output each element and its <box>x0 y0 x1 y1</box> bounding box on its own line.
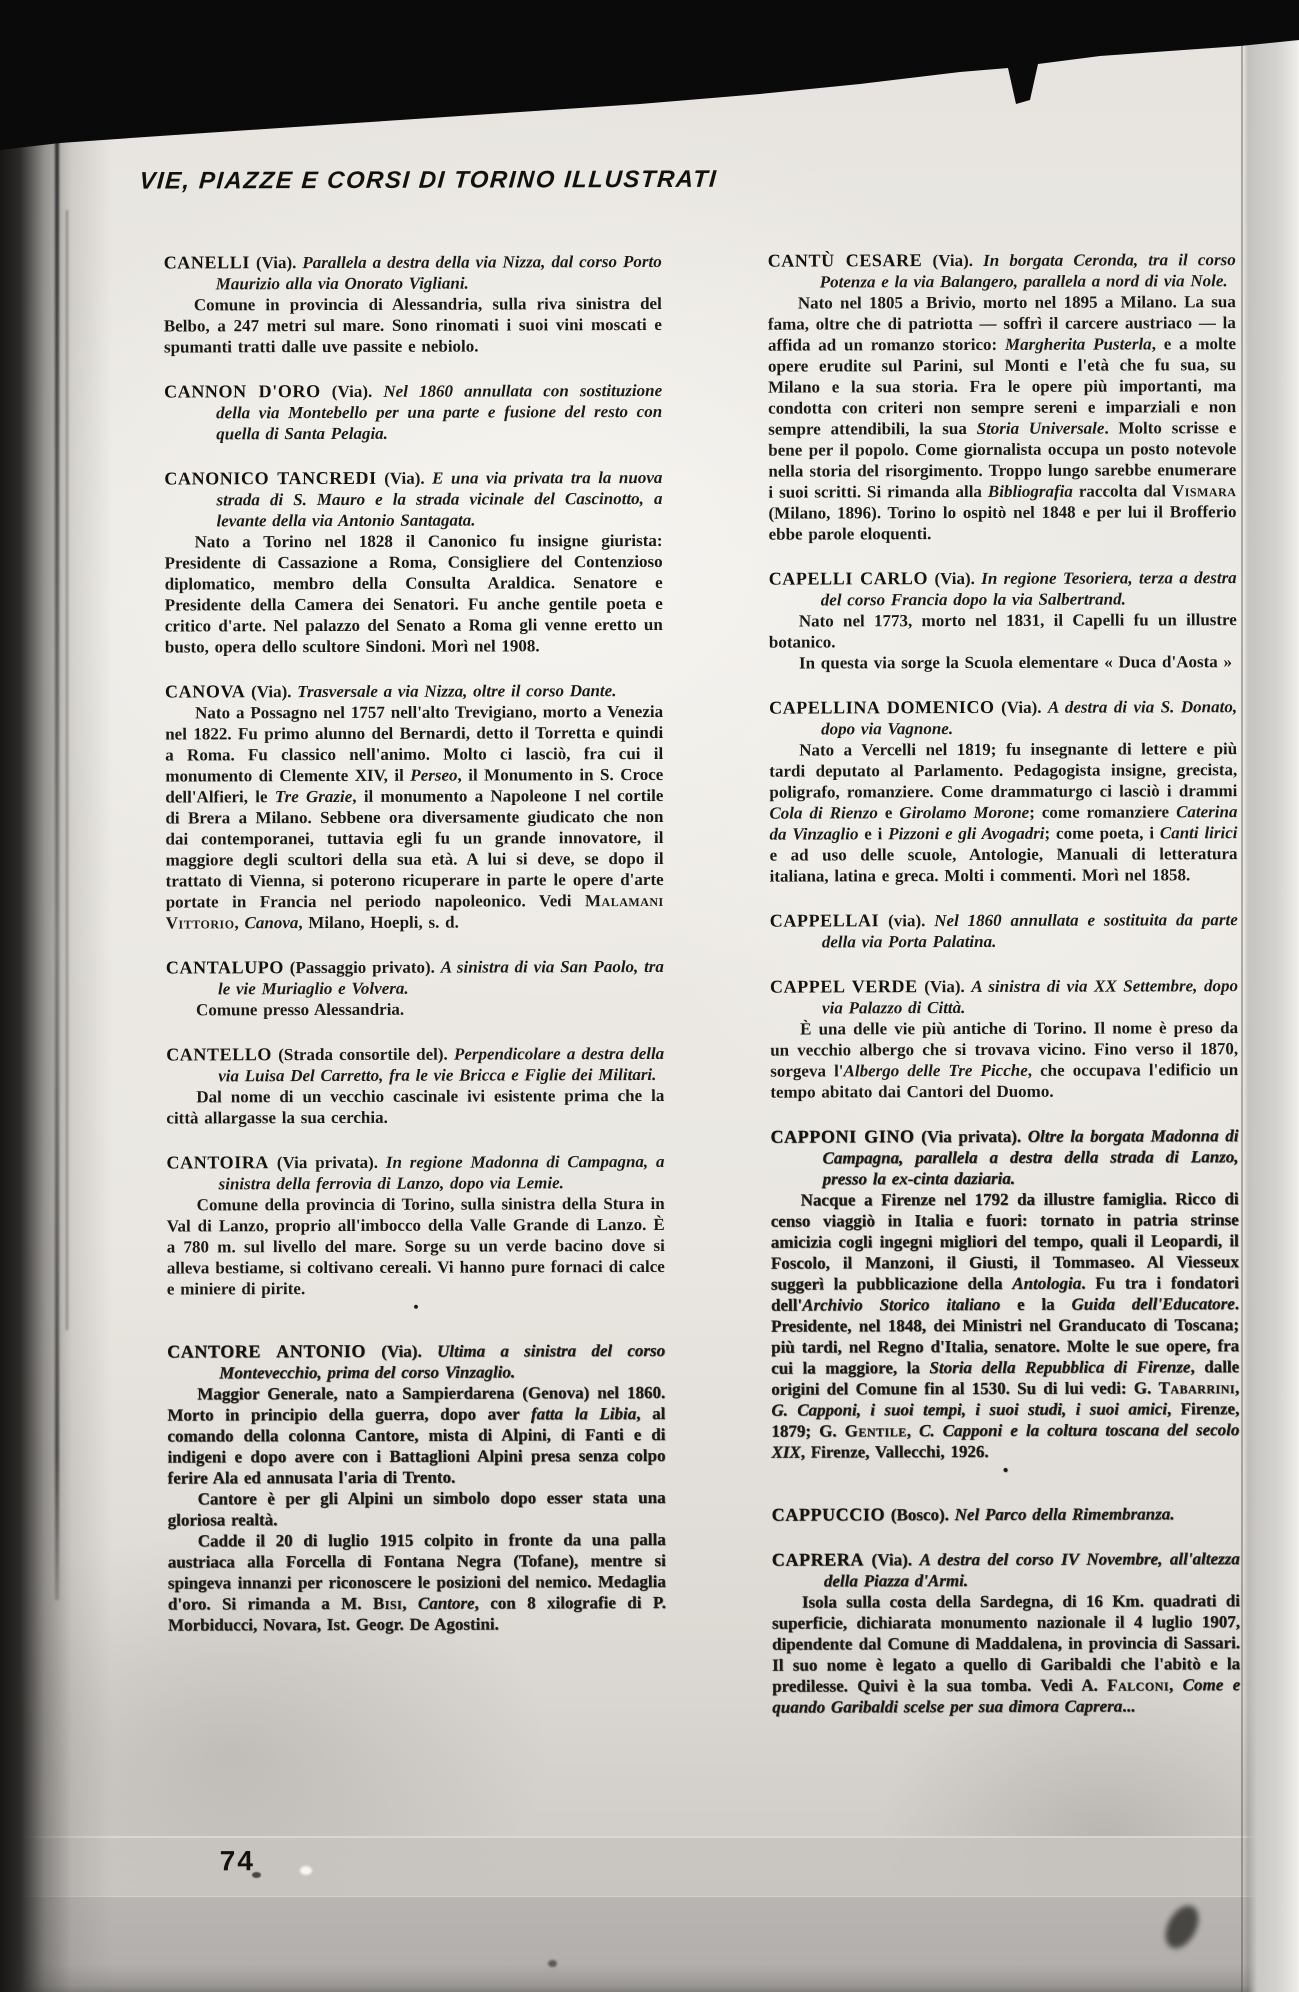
entry-heading: CAPPEL VERDE (Via). A sinistra di via XX… <box>770 975 1238 1018</box>
entry-paragraph: È una delle vie più antiche di Torino. I… <box>770 1017 1238 1102</box>
entry-paragraph: Dal nome di un vecchio cascinale ivi esi… <box>166 1085 664 1129</box>
column-left: CANELLI (Via). Parallela a destra della … <box>164 251 666 1660</box>
entry-paragraph: Comune in provincia di Alessandria, sull… <box>164 293 662 358</box>
entry-heading: CANTALUPO (Passaggio privato). A sinistr… <box>166 956 664 1000</box>
street-kind: (Via). <box>366 1342 437 1361</box>
entry-paragraph: In questa via sorge la Scuola elementare… <box>769 651 1237 673</box>
street-entry-cantore-antonio: CANTORE ANTONIO (Via). Ultima a sinistra… <box>167 1340 666 1636</box>
entry-paragraph: Nato a Torino nel 1828 il Canonico fu in… <box>165 530 663 658</box>
street-name: CAPRERA <box>772 1549 864 1569</box>
page-header: VIE, PIAZZE E CORSI DI TORINO ILLUSTRATI <box>139 166 719 196</box>
entry-paragraph: Nato nel 1805 a Brivio, morto nel 1895 a… <box>768 291 1237 544</box>
street-kind: (via). <box>879 911 934 930</box>
street-entry-cappuccio: CAPPUCCIO (Bosco). Nel Parco della Rimem… <box>772 1503 1240 1525</box>
entry-heading: CAPPUCCIO (Bosco). Nel Parco della Rimem… <box>772 1503 1240 1525</box>
street-entry-canelli: CANELLI (Via). Parallela a destra della … <box>164 251 662 358</box>
street-entry-cappel-verde: CAPPEL VERDE (Via). A sinistra di via XX… <box>770 975 1238 1102</box>
street-kind: (Via). <box>864 1550 920 1569</box>
street-kind: (Via privata). <box>269 1153 386 1172</box>
street-kind: (Via). <box>245 682 297 701</box>
street-entry-cant-cesare: CANTÙ CESARE (Via). In borgata Ceronda, … <box>768 249 1237 544</box>
street-name: CANNON D'ORO <box>164 381 321 401</box>
entry-paragraph: Comune presso Alessandria. <box>166 998 664 1021</box>
street-kind: (Via). <box>922 251 983 270</box>
street-entry-cannon-d-oro: CANNON D'ORO (Via). Nel 1860 annullata c… <box>164 380 662 445</box>
entry-paragraph: Nato nel 1773, morto nel 1831, il Capell… <box>769 609 1237 652</box>
street-name: CANTORE ANTONIO <box>167 1341 366 1362</box>
street-entry-capellina-domenico: CAPELLINA DOMENICO (Via). A destra di vi… <box>769 696 1238 886</box>
page-number: 74 <box>220 1845 255 1877</box>
street-entry-cantoira: CANTOIRA (Via privata). In regione Madon… <box>166 1151 665 1318</box>
street-location: Nel Parco della Rimembranza. <box>955 1504 1175 1524</box>
street-kind: (Via). <box>995 698 1048 717</box>
street-entry-cappellai: CAPPELLAI (via). Nel 1860 annullata e so… <box>770 909 1238 952</box>
entry-paragraph: Nacque a Firenze nel 1792 da illustre fa… <box>771 1188 1240 1462</box>
street-entry-cantello: CANTELLO (Strada consortile del). Perpen… <box>166 1043 664 1129</box>
street-kind: (Via). <box>250 253 303 272</box>
street-name: CANOVA <box>165 681 245 701</box>
page-content: VIE, PIAZZE E CORSI DI TORINO ILLUSTRATI… <box>0 0 1299 1992</box>
street-kind: (Via). <box>918 977 972 996</box>
street-entry-cantalupo: CANTALUPO (Passaggio privato). A sinistr… <box>166 956 664 1021</box>
column-right: CANTÙ CESARE (Via). In borgata Ceronda, … <box>768 249 1241 1741</box>
street-entry-caprera: CAPRERA (Via). A destra del corso IV Nov… <box>772 1548 1241 1717</box>
street-entry-capponi-gino: CAPPONI GINO (Via privata). Oltre la bor… <box>770 1125 1239 1480</box>
section-dot: • <box>167 1299 665 1318</box>
street-kind: (Via). <box>928 569 981 588</box>
street-entry-canonico-tancredi: CANONICO TANCREDI (Via). E una via priva… <box>164 467 663 658</box>
street-location: Trasversale a via Nizza, oltre il corso … <box>297 681 616 701</box>
street-name: CAPPELLAI <box>770 910 879 930</box>
street-kind: (Via privata). <box>914 1127 1027 1146</box>
street-kind: (Bosco). <box>885 1505 955 1524</box>
street-kind: (Strada consortile del). <box>272 1045 454 1065</box>
street-entry-capelli-carlo: CAPELLI CARLO (Via). In regione Tesorier… <box>769 567 1237 673</box>
street-name: CANTÙ CESARE <box>768 250 923 270</box>
entry-paragraph: Nato a Vercelli nel 1819; fu insegnante … <box>769 738 1237 886</box>
entry-heading: CANTELLO (Strada consortile del). Perpen… <box>166 1043 664 1087</box>
entry-paragraph: Cantore è per gli Alpini un simbolo dopo… <box>168 1487 666 1531</box>
entry-paragraph: Cadde il 20 di luglio 1915 colpito in fr… <box>168 1529 666 1636</box>
entry-heading: CANTÙ CESARE (Via). In borgata Ceronda, … <box>768 249 1236 292</box>
street-kind: (Via). <box>321 382 384 401</box>
entry-heading: CANOVA (Via). Trasversale a via Nizza, o… <box>165 680 663 703</box>
street-name: CANTOIRA <box>166 1152 269 1172</box>
street-name: CAPPEL VERDE <box>770 976 918 996</box>
street-entry-canova: CANOVA (Via). Trasversale a via Nizza, o… <box>165 680 664 934</box>
street-name: CANTELLO <box>166 1044 272 1064</box>
street-name: CANONICO TANCREDI <box>164 468 376 489</box>
entry-heading: CANTORE ANTONIO (Via). Ultima a sinistra… <box>167 1340 665 1384</box>
street-name: CANELLI <box>164 252 250 272</box>
entry-heading: CANONICO TANCREDI (Via). E una via priva… <box>164 467 662 532</box>
entry-heading: CAPPONI GINO (Via privata). Oltre la bor… <box>770 1125 1238 1189</box>
street-kind: (Via). <box>377 469 433 488</box>
entry-heading: CANTOIRA (Via privata). In regione Madon… <box>166 1151 664 1195</box>
entry-paragraph: Comune della provincia di Torino, sulla … <box>167 1193 665 1300</box>
entry-paragraph: Nato a Possagno nel 1757 nell'alto Trevi… <box>165 701 664 934</box>
section-dot: • <box>771 1462 1239 1480</box>
entry-heading: CANNON D'ORO (Via). Nel 1860 annullata c… <box>164 380 662 445</box>
street-name: CANTALUPO <box>166 957 284 977</box>
street-name: CAPPONI GINO <box>770 1126 914 1146</box>
entry-heading: CAPRERA (Via). A destra del corso IV Nov… <box>772 1548 1240 1591</box>
entry-heading: CAPELLINA DOMENICO (Via). A destra di vi… <box>769 696 1237 739</box>
entry-heading: CAPPELLAI (via). Nel 1860 annullata e so… <box>770 909 1238 952</box>
entry-heading: CANELLI (Via). Parallela a destra della … <box>164 251 662 295</box>
entry-paragraph: Maggior Generale, nato a Sampierdarena (… <box>167 1382 665 1489</box>
street-name: CAPELLINA DOMENICO <box>769 697 995 718</box>
entry-heading: CAPELLI CARLO (Via). In regione Tesorier… <box>769 567 1237 610</box>
street-kind: (Passaggio privato). <box>284 958 441 977</box>
entry-paragraph: Isola sulla costa della Sardegna, di 16 … <box>772 1590 1240 1717</box>
street-name: CAPELLI CARLO <box>769 568 928 589</box>
street-name: CAPPUCCIO <box>772 1504 885 1524</box>
